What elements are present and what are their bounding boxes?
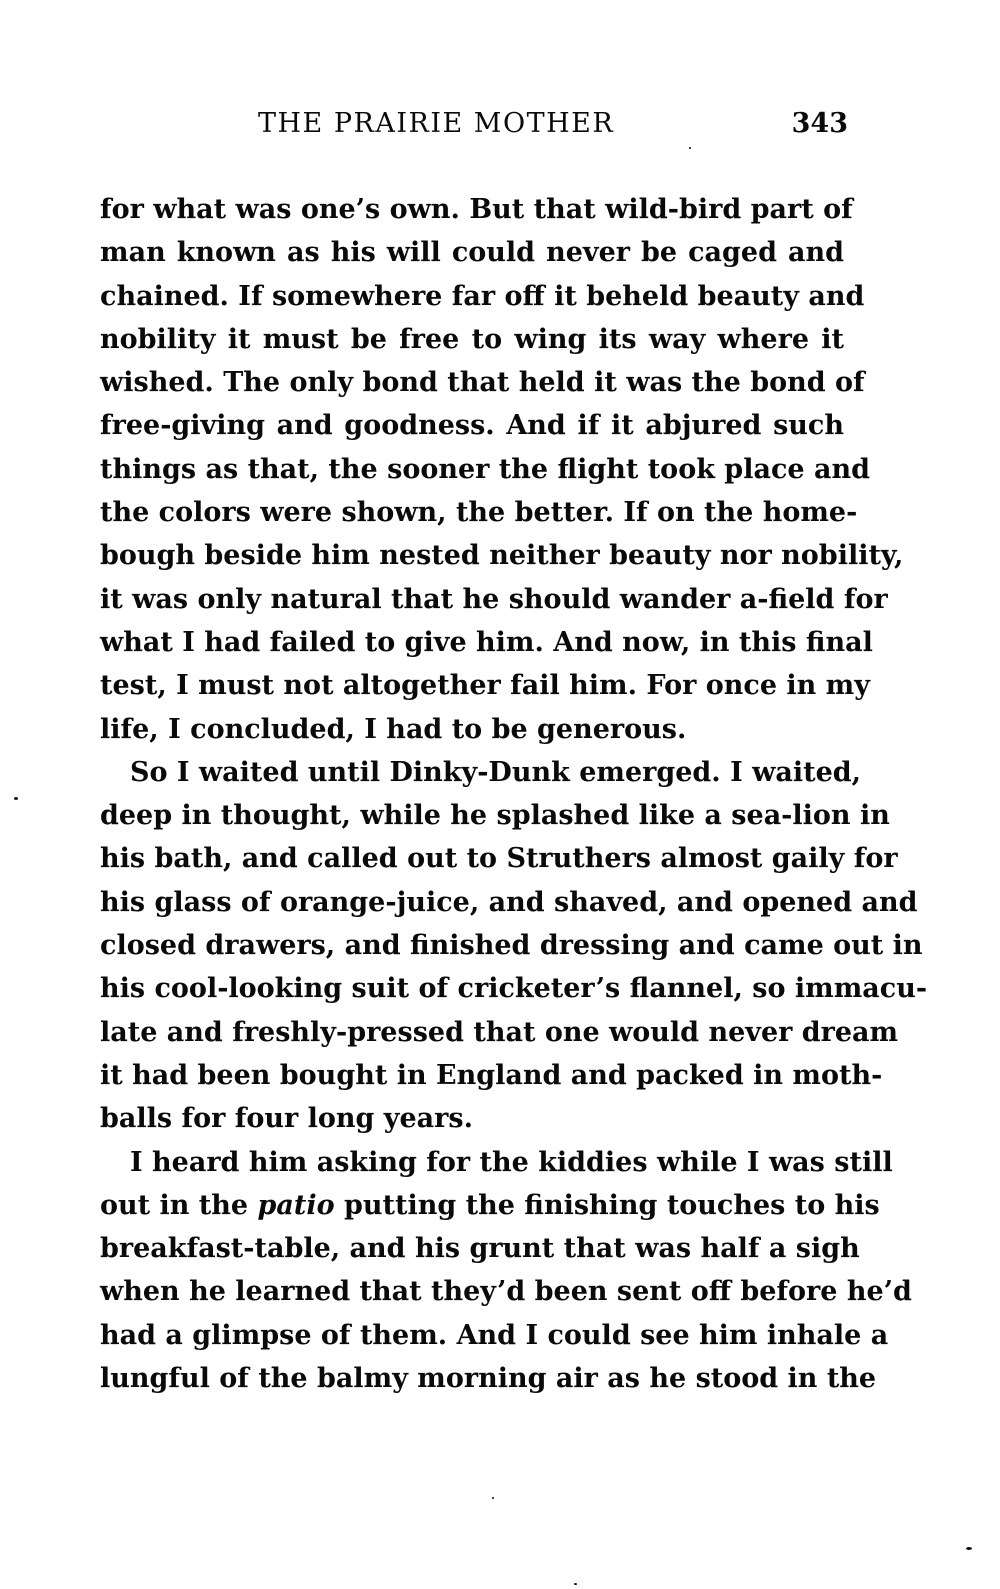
- text-line: lungful of the balmy morning air as he s…: [100, 1357, 844, 1400]
- scan-speck: [492, 1497, 494, 1499]
- running-head: THE PRAIRIE MOTHER 343: [258, 108, 848, 148]
- text-line: his cool-looking suit of cricketer’s fla…: [100, 967, 844, 1010]
- text-line-paragraph-start: I heard him asking for the kiddies while…: [100, 1141, 844, 1184]
- text-line: nobility it must be free to wing its way…: [100, 318, 844, 361]
- text-line: what I had failed to give him. And now, …: [100, 621, 844, 664]
- text-segment: putting the finishing touches to his: [335, 1190, 880, 1221]
- text-line: closed drawers, and finished dressing an…: [100, 924, 844, 967]
- page-number: 343: [792, 108, 848, 139]
- text-line: deep in thought, while he splashed like …: [100, 794, 844, 837]
- italic-word: patio: [257, 1190, 334, 1221]
- scan-speck: [574, 1583, 577, 1585]
- text-segment: out in the: [100, 1190, 257, 1221]
- book-page: THE PRAIRIE MOTHER 343 for what was one’…: [0, 0, 1000, 1589]
- scan-speck: [966, 1547, 972, 1550]
- scan-speck: [689, 147, 691, 149]
- text-line: out in the patio putting the finishing t…: [100, 1184, 844, 1227]
- text-line: the colors were shown, the better. If on…: [100, 491, 844, 534]
- text-line: his bath, and called out to Struthers al…: [100, 837, 844, 880]
- text-line: test, I must not altogether fail him. Fo…: [100, 664, 844, 707]
- text-line: balls for four long years.: [100, 1097, 844, 1140]
- text-line: man known as his will could never be cag…: [100, 231, 844, 274]
- text-line: late and freshly-pressed that one would …: [100, 1011, 844, 1054]
- text-line: chained. If somewhere far off it beheld …: [100, 275, 844, 318]
- text-line: for what was one’s own. But that wild-bi…: [100, 188, 844, 231]
- scan-speck: [14, 797, 18, 800]
- text-line: had a glimpse of them. And I could see h…: [100, 1314, 844, 1357]
- running-title: THE PRAIRIE MOTHER: [258, 108, 614, 139]
- text-line: wished. The only bond that held it was t…: [100, 361, 844, 404]
- text-line-paragraph-start: So I waited until Dinky-Dunk emerged. I …: [100, 751, 844, 794]
- text-line: his glass of orange-juice, and shaved, a…: [100, 881, 844, 924]
- text-line: free-giving and goodness. And if it abju…: [100, 404, 844, 447]
- text-line: it had been bought in England and packed…: [100, 1054, 844, 1097]
- text-line: when he learned that they’d been sent of…: [100, 1270, 844, 1313]
- body-text: for what was one’s own. But that wild-bi…: [100, 188, 844, 1400]
- text-line: breakfast-table, and his grunt that was …: [100, 1227, 844, 1270]
- text-line: bough beside him nested neither beauty n…: [100, 534, 844, 577]
- text-line: things as that, the sooner the flight to…: [100, 448, 844, 491]
- text-line: life, I concluded, I had to be generous.: [100, 708, 844, 751]
- text-line: it was only natural that he should wande…: [100, 578, 844, 621]
